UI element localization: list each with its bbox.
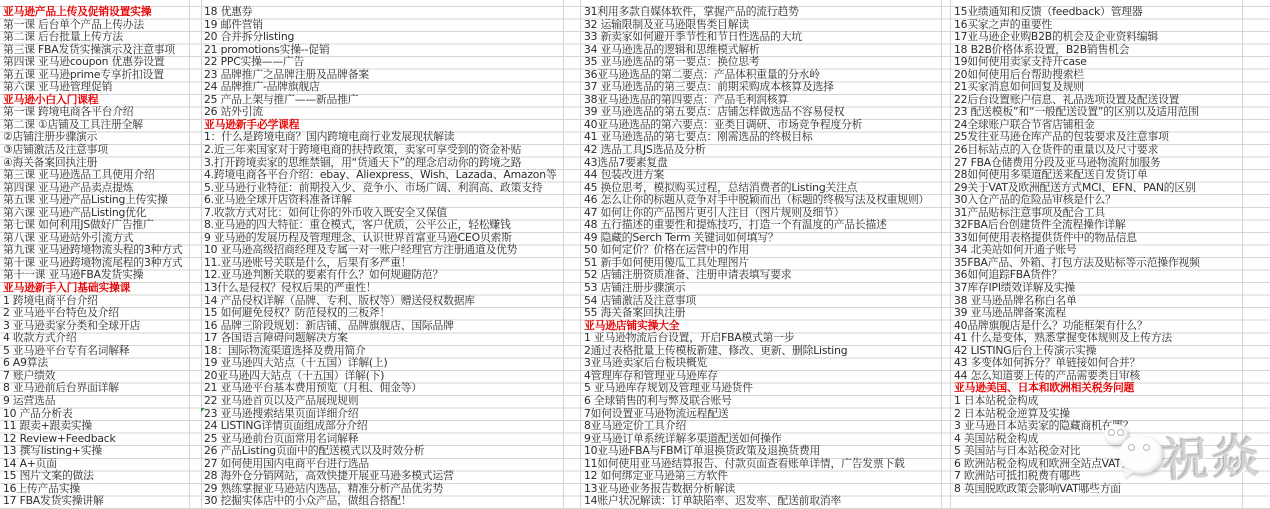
course-item-cell[interactable]: 48 五行描述的重要性和提炼技巧，打造一个有温度的产品长描述 [584, 219, 929, 232]
course-item-cell[interactable]: 1 日本站税金构成 [954, 395, 1200, 408]
course-item-cell[interactable]: 17 各国语言障碍问题解决方案 [204, 332, 556, 345]
grid-vline [189, 0, 190, 509]
course-item-cell[interactable]: 6 A9算法 [3, 357, 182, 370]
watermark-text: 祝焱 [1160, 419, 1263, 490]
course-column-2: 18 优惠券19 邮件营销20 合并拆分listing21 promotions… [204, 6, 556, 508]
course-item-cell[interactable]: 30 挖掘实体店中的小众产品，做组合搭配！ [204, 495, 556, 508]
grid-vline [201, 0, 202, 509]
course-item-cell[interactable]: 15业绩通知和反馈（feedback）管理器 [954, 6, 1200, 19]
course-item-cell[interactable]: 28如何使用多渠道配送来配送自发货订单 [954, 169, 1200, 182]
course-item-cell[interactable]: 19如何使用卖家支持开case [954, 56, 1200, 69]
course-item-cell[interactable]: 39 亚马逊品牌备案流程 [954, 307, 1200, 320]
course-item-cell[interactable]: 24 品牌推广-品牌旗舰店 [204, 81, 556, 94]
course-item-cell[interactable]: 2 亚马逊平台特色及介绍 [3, 307, 182, 320]
course-item-cell[interactable]: 31利用多款自媒体软件，掌握产品的流行趋势 [584, 6, 929, 19]
course-item-cell[interactable]: 第四课 亚马逊coupon 优惠券设置 [3, 56, 182, 69]
course-item-cell[interactable]: 26 产品Listing页面中的配送模式以及时效分析 [204, 445, 556, 458]
grid-vline [580, 0, 581, 509]
grid-vline [941, 0, 942, 509]
course-item-cell[interactable]: 1 亚马逊物流后台设置，开启FBA模式第一步 [584, 332, 929, 345]
course-item-cell[interactable]: 55 海关备案回执注册 [584, 307, 929, 320]
course-item-cell[interactable]: 43 多变体如何拆分？单链接如何合并？ [954, 357, 1200, 370]
course-item-cell[interactable]: 37库存IPI绩效详解及实操 [954, 282, 1200, 295]
course-item-cell[interactable]: 6.亚马逊全球开店资料准备详解 [204, 194, 556, 207]
wechat-bubble-large-icon [1119, 435, 1163, 474]
course-item-cell[interactable]: 第五课 亚马逊产品Listing上传实操 [3, 194, 182, 207]
course-item-cell[interactable]: 26目标站点的入仓货件的重量以及尺寸要求 [954, 144, 1200, 157]
course-item-cell[interactable]: 4.跨境电商各平台介绍：ebay、Aliexpress、Wish、Lazada、… [204, 169, 556, 182]
course-item-cell[interactable]: 18 优惠券 [204, 6, 556, 19]
course-item-cell[interactable]: 35 亚马逊选品的第一要点：换位思考 [584, 56, 929, 69]
course-item-cell[interactable]: 15 如何避免侵权？防范侵权的三板斧！ [204, 307, 556, 320]
grid-vline [950, 0, 951, 509]
course-item-cell[interactable]: 第六课 亚马逊管理促销 [3, 81, 182, 94]
course-item-cell[interactable]: 8.亚马逊的四大特征：重仓模式，客户优质，公平公正，轻松赚钱 [204, 219, 556, 232]
course-item-cell[interactable]: 28 海外仓分销网站，高效快捷开展亚马逊多模式运营 [204, 470, 556, 483]
course-item-cell[interactable]: 17亚马逊企业购B2B的机会及企业资料编辑 [954, 31, 1200, 44]
course-item-cell[interactable]: 32FBA后台创建货件全流程操作详解 [954, 219, 1200, 232]
course-item-cell[interactable]: 3亚马逊卖家后台板块概览 [584, 357, 929, 370]
watermark: 祝焱 [1090, 422, 1268, 506]
course-item-cell[interactable]: 13什么是侵权？侵权后果的严重性！ [204, 282, 556, 295]
section-header-cell[interactable]: 亚马逊产品上传及促销设置实操 [3, 6, 182, 19]
course-item-cell[interactable]: 22 PPC实操——广告 [204, 56, 556, 69]
section-header-cell[interactable]: 亚马逊新手入门基础实操课 [3, 282, 182, 295]
course-item-cell[interactable]: 8亚马逊定价工具介绍 [584, 420, 929, 433]
course-item-cell[interactable]: 22 亚马逊首页以及产品展现规则 [204, 395, 556, 408]
course-item-cell[interactable]: 33 新卖家如何避开季节性和节日性选品的大坑 [584, 31, 929, 44]
course-column-1: 亚马逊产品上传及促销设置实操第一课 后台单个产品上传办法第二课 后台批量上传方法… [3, 6, 182, 508]
spreadsheet-screenshot: 亚马逊产品上传及促销设置实操第一课 后台单个产品上传办法第二课 后台批量上传方法… [0, 0, 1270, 509]
course-item-cell[interactable]: 10亚马逊FBA与FBM订单退换货政策及退换货费用 [584, 445, 929, 458]
course-item-cell[interactable]: 9 运营选品 [3, 395, 182, 408]
bubble-eye-icon [1128, 444, 1135, 451]
course-item-cell[interactable]: 20 合并拆分listing [204, 31, 556, 44]
wechat-bubble-tail [1121, 469, 1134, 481]
course-item-cell[interactable]: 30入仓产品的危险品审核是什么？ [954, 194, 1200, 207]
course-item-cell[interactable]: 13 撰写listing+实操 [3, 445, 182, 458]
bubble-eye-icon [1117, 429, 1124, 436]
course-item-cell[interactable]: 4 收款方式介绍 [3, 332, 182, 345]
course-item-cell[interactable]: ③店铺激活及注意事项 [3, 144, 182, 157]
cell-error-marker [201, 408, 205, 412]
course-item-cell[interactable]: 46 怎么让你的标题从竞争对手中脱颖而出（标题的终极写法及权重规则） [584, 194, 929, 207]
grid-vline [563, 0, 564, 509]
course-item-cell[interactable]: 17 FBA发货实操讲解 [3, 495, 182, 508]
bubble-eye-icon [1143, 444, 1150, 451]
course-item-cell[interactable]: 19 亚马逊四大站点（十五国）详解(上) [204, 357, 556, 370]
course-item-cell[interactable]: 第三课 亚马逊选品工具使用介绍 [3, 169, 182, 182]
course-item-cell[interactable]: 21买家消息如何回复及规则 [954, 81, 1200, 94]
course-item-cell[interactable]: 6 全球销售的利与弊及联合账号 [584, 395, 929, 408]
course-column-3: 31利用多款自媒体软件，掌握产品的流行趋势32 运输限制及亚马逊限售类目解读33… [584, 6, 929, 508]
course-item-cell[interactable]: 12 如何绑定亚马逊第三方软件 [584, 470, 929, 483]
bubble-eye-icon [1108, 429, 1115, 436]
course-item-cell[interactable]: 第二课 后台批量上传方法 [3, 31, 182, 44]
course-item-cell[interactable]: 2.近三年来国家对于跨境电商的扶持政策，卖家可享受到的资金补贴 [204, 144, 556, 157]
course-item-cell[interactable]: 第七课 如何利用JS做好广告推广 [3, 219, 182, 232]
course-item-cell[interactable]: 15 图片文案的做法 [3, 470, 182, 483]
course-item-cell[interactable]: 53 店铺注册步骤演示 [584, 282, 929, 295]
course-item-cell[interactable]: 44 包装改进方案 [584, 169, 929, 182]
course-item-cell[interactable]: 42 选品工具JS选品及分析 [584, 144, 929, 157]
course-item-cell[interactable]: 37 亚马逊选品的第三要点：前期采购成本核算及选择 [584, 81, 929, 94]
course-item-cell[interactable]: 41 什么是变体，熟悉掌握变体规则及上传方法 [954, 332, 1200, 345]
course-item-cell[interactable]: 24 LISTING详情页面组成部分介绍 [204, 420, 556, 433]
course-item-cell[interactable]: 11 跟卖+跟卖实操 [3, 420, 182, 433]
course-item-cell[interactable]: 14账户状况解读：订单缺陷率、迟发率、配送前取消率 [584, 495, 929, 508]
